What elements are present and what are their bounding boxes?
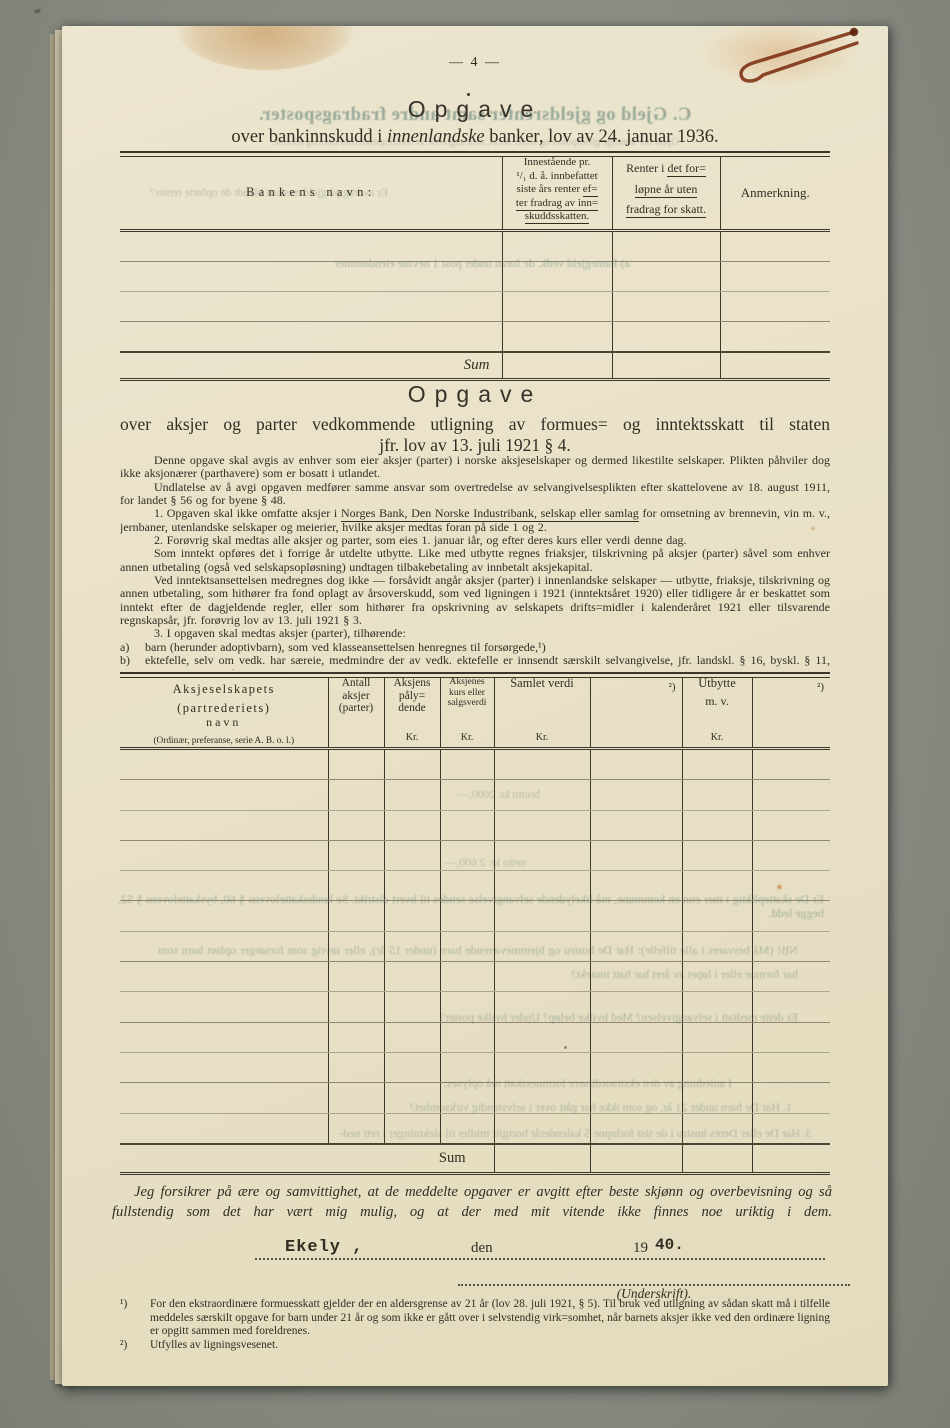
- table-cell: [612, 262, 720, 292]
- table-cell: [720, 322, 830, 353]
- col-total-value: Samlet verdi Kr.: [494, 677, 590, 749]
- table-cell: [502, 231, 612, 262]
- instructions-text: Denne opgave skal avgis av enhver som ei…: [120, 454, 830, 670]
- list-item-text: ektefelle, selv om vedk. har særeie, med…: [145, 653, 830, 670]
- column-header-line: siste års renter ef=: [503, 183, 612, 197]
- col-remarks: Anmerkning.: [720, 156, 830, 231]
- table-cell: [494, 840, 590, 870]
- list-item-a: a)barn (herunder adoptivbarn), som ved k…: [120, 641, 830, 654]
- currency-label: Kr.: [683, 732, 752, 743]
- column-header-line: Aksjenes: [441, 677, 494, 688]
- signature-place-date-line: Ekely , den 19 40.: [255, 1228, 825, 1260]
- table-cell: [120, 931, 328, 961]
- table-cell: [752, 810, 830, 840]
- header-text: siste års renter: [516, 183, 582, 195]
- table-cell: [440, 871, 494, 901]
- col-dividend: Utbytte m. v. Kr.: [682, 677, 752, 749]
- column-header-line: Innestående pr.: [503, 156, 612, 170]
- table-cell: [384, 962, 440, 992]
- paragraph: 1. Opgaven skal ikke omfatte aksjer i No…: [120, 507, 830, 534]
- footnote-marker: ²): [120, 1339, 150, 1353]
- table-header: Bankens navn: Innestående pr. ¹/₁ d. å. …: [120, 156, 830, 231]
- footnote-text: Utfylles av ligningsvesenet.: [150, 1339, 278, 1351]
- column-header-line: påly=: [385, 690, 440, 703]
- sum-label: Sum: [120, 352, 502, 380]
- column-header-line: Samlet verdi: [495, 677, 590, 690]
- footnote-mark: ²): [817, 681, 824, 693]
- table-cell: [120, 1022, 328, 1052]
- table-cell: [328, 1052, 384, 1082]
- table-cell: [384, 810, 440, 840]
- paragraph: 3. I opgaven skal medtas aksjer (parter)…: [120, 627, 830, 640]
- col-official-use-1: ²): [590, 677, 682, 749]
- sum-row: Sum: [120, 1144, 830, 1174]
- table-cell: [752, 1052, 830, 1082]
- table-cell: [752, 1083, 830, 1113]
- table-cell: [328, 931, 384, 961]
- column-header-line: Renter i det for=: [613, 156, 720, 177]
- section2-title: Opgave: [62, 381, 888, 408]
- table-cell: [590, 1113, 682, 1144]
- column-header-line: (parter): [329, 702, 384, 715]
- column-header-line: m. v.: [683, 695, 752, 708]
- table-cell: [384, 1022, 440, 1052]
- list-item-label: b): [120, 654, 145, 667]
- table-cell: [720, 231, 830, 262]
- col-share-count: Antall aksjer (parter): [328, 677, 384, 749]
- table-cell: [440, 1113, 494, 1144]
- col-bank-name: Bankens navn:: [120, 156, 502, 231]
- table-cell: [682, 780, 752, 810]
- column-header-line: ter fradrag av inn=: [503, 197, 612, 211]
- col-balance: Innestående pr. ¹/₁ d. å. innbefattet si…: [502, 156, 612, 231]
- table-cell: [328, 1113, 384, 1144]
- table-cell: [752, 871, 830, 901]
- table-cell: [384, 901, 440, 931]
- column-header-line: Antall: [329, 677, 384, 690]
- paragraph: Undlatelse av å avgi opgaven medfører sa…: [120, 481, 830, 508]
- sum-label: Sum: [120, 1144, 494, 1174]
- table-cell: [120, 780, 328, 810]
- col-company-name: Aksjeselskapets (partrederiets) navn (Or…: [120, 677, 328, 749]
- table-cell: [752, 992, 830, 1022]
- table-cell: [494, 810, 590, 840]
- section1-subtitle: over bankinnskudd i innenlandske banker,…: [62, 127, 888, 148]
- table-cell: [682, 931, 752, 961]
- column-header-line: Aksjeselskapets: [120, 677, 328, 696]
- table-cell: [752, 931, 830, 961]
- table-cell: [440, 780, 494, 810]
- table-row: [120, 840, 830, 870]
- table-cell: [494, 1052, 590, 1082]
- subtitle-text: banker, lov av 24. januar 1936.: [485, 127, 719, 147]
- table-cell: [328, 749, 384, 780]
- table-cell: [502, 262, 612, 292]
- table-cell: [752, 780, 830, 810]
- table-cell: [384, 871, 440, 901]
- sum-row: Sum: [120, 352, 830, 380]
- table-cell: [120, 1083, 328, 1113]
- table-cell: [384, 1052, 440, 1082]
- header-text-underlined: ef=: [583, 183, 598, 197]
- table-row: [120, 292, 830, 322]
- subtitle-emphasis: innenlandske: [387, 127, 485, 147]
- column-header-line: dende: [385, 702, 440, 715]
- column-header-line: Aksjens: [385, 677, 440, 690]
- currency-label: Kr.: [385, 732, 440, 743]
- table-cell: [440, 992, 494, 1022]
- table-row: [120, 901, 830, 931]
- column-header-line: fradrag for skatt.: [613, 197, 720, 218]
- sum-cell: [752, 1144, 830, 1174]
- table-cell: [752, 901, 830, 931]
- column-header-line: skuddsskatten.: [503, 210, 612, 224]
- footnote-text: For den ekstraordinære formuesskatt gjel…: [150, 1298, 830, 1337]
- table-cell: [384, 992, 440, 1022]
- table-cell: [440, 1052, 494, 1082]
- shares-table: Aksjeselskapets (partrederiets) navn (Or…: [120, 677, 830, 1175]
- table-cell: [384, 780, 440, 810]
- table-cell: [328, 901, 384, 931]
- table-cell: [328, 871, 384, 901]
- table-cell: [590, 901, 682, 931]
- sum-cell: [590, 1144, 682, 1174]
- col-nominal-value: Aksjens påly= dende Kr.: [384, 677, 440, 749]
- table-cell: [720, 292, 830, 322]
- sum-cell: [682, 1144, 752, 1174]
- table-cell: [494, 1022, 590, 1052]
- table-cell: [440, 840, 494, 870]
- table-cell: [612, 322, 720, 353]
- column-header-label: Anmerkning.: [721, 185, 831, 201]
- table-row: [120, 871, 830, 901]
- table-footer: Sum: [120, 352, 830, 380]
- footnote-marker: ¹): [120, 1298, 150, 1312]
- table-cell: [612, 292, 720, 322]
- column-header-line: (Ordinær, preferanse, serie A. B. o. l.): [120, 736, 328, 747]
- table-row: [120, 962, 830, 992]
- table-cell: [120, 992, 328, 1022]
- table-body: [120, 231, 830, 353]
- table-cell: [120, 1113, 328, 1144]
- paragraph: Ved inntektsansettelsen medregnes dog ik…: [120, 574, 830, 627]
- table-cell: [494, 749, 590, 780]
- table-cell: [120, 292, 502, 322]
- table-cell: [384, 840, 440, 870]
- table-cell: [440, 962, 494, 992]
- table-cell: [682, 749, 752, 780]
- table-cell: [494, 1083, 590, 1113]
- footnotes: ¹)For den ekstraordinære formuesskatt gj…: [120, 1298, 830, 1352]
- table-cell: [440, 810, 494, 840]
- list-item-text: barn (herunder adoptivbarn), som ved kla…: [145, 640, 546, 654]
- scan-background: C. Gjeld og gjeldsrenter samt andre frad…: [0, 0, 950, 1428]
- currency-label: Kr.: [495, 732, 590, 743]
- table-cell: [752, 749, 830, 780]
- table-cell: [682, 871, 752, 901]
- table-row: [120, 1083, 830, 1113]
- column-header-line: aksjer: [329, 690, 384, 703]
- list-item-label: a): [120, 641, 145, 654]
- table-row: [120, 1022, 830, 1052]
- table-cell: [590, 810, 682, 840]
- header-text-underlined: det for=: [667, 161, 705, 177]
- table-cell: [590, 962, 682, 992]
- background-speck: [34, 8, 42, 14]
- table-cell: [120, 749, 328, 780]
- table-cell: [328, 992, 384, 1022]
- footnote-2: ²)Utfylles av ligningsvesenet.: [120, 1339, 830, 1353]
- subtitle-text: over bankinnskudd i: [231, 127, 387, 147]
- currency-label: Kr.: [441, 732, 494, 743]
- table-row: [120, 749, 830, 780]
- header-text: Renter i: [626, 161, 667, 175]
- column-header-line: salgsverdi: [441, 698, 494, 709]
- table-cell: [752, 840, 830, 870]
- table-cell: [682, 1113, 752, 1144]
- table-cell: [494, 1113, 590, 1144]
- table-cell: [440, 931, 494, 961]
- header-row: Aksjeselskapets (partrederiets) navn (Or…: [120, 677, 830, 749]
- header-text-underlined: skuddsskatten.: [525, 210, 589, 224]
- table-row: [120, 931, 830, 961]
- table-cell: [590, 1083, 682, 1113]
- table-cell: [384, 1083, 440, 1113]
- table-cell: [682, 840, 752, 870]
- table-cell: [590, 992, 682, 1022]
- page-number: — 4 —: [62, 55, 888, 71]
- column-header-line: ¹/₁ d. å. innbefattet: [503, 170, 612, 184]
- table-cell: [328, 1022, 384, 1052]
- table-cell: [752, 1022, 830, 1052]
- table-cell: [590, 840, 682, 870]
- paragraph: Denne opgave skal avgis av enhver som ei…: [120, 454, 830, 481]
- table-cell: [120, 1052, 328, 1082]
- table-cell: [494, 901, 590, 931]
- sum-cell: [720, 352, 830, 380]
- header-text-underlined: løpne år uten: [635, 182, 698, 198]
- table-cell: [494, 931, 590, 961]
- table-cell: [682, 962, 752, 992]
- signature-line: [458, 1258, 850, 1286]
- den-label: den: [471, 1240, 493, 1257]
- paragraph: 2. Forøvrig skal medtas alle aksjer og p…: [120, 534, 830, 547]
- table-cell: [120, 840, 328, 870]
- table-cell: [328, 840, 384, 870]
- place-typed-value: Ekely ,: [285, 1238, 363, 1257]
- table-cell: [384, 749, 440, 780]
- table-footer: Sum: [120, 1144, 830, 1174]
- table-cell: [120, 810, 328, 840]
- table-cell: [590, 931, 682, 961]
- table-cell: [440, 901, 494, 931]
- table-cell: [752, 962, 830, 992]
- col-interest: Renter i det for= løpne år uten fradrag …: [612, 156, 720, 231]
- footnote-mark: ²): [669, 681, 676, 693]
- table-cell: [494, 962, 590, 992]
- table-row: [120, 1052, 830, 1082]
- table-cell: [120, 871, 328, 901]
- year-typed-value: 40.: [655, 1236, 684, 1254]
- paragraph-text: 1. Opgaven skal ikke omfatte aksjer i: [154, 506, 341, 520]
- table-cell: [682, 1083, 752, 1113]
- bank-deposits-table: Bankens navn: Innestående pr. ¹/₁ d. å. …: [120, 156, 830, 381]
- list-item-b: b)ektefelle, selv om vedk. har særeie, m…: [120, 654, 830, 670]
- table-cell: [494, 780, 590, 810]
- table-cell: [494, 992, 590, 1022]
- column-header-line: navn: [120, 715, 328, 729]
- column-header-label: Bankens navn:: [120, 185, 502, 200]
- table-cell: [120, 262, 502, 292]
- sum-cell: [494, 1144, 590, 1174]
- footnote-1: ¹)For den ekstraordinære formuesskatt gj…: [120, 1298, 830, 1339]
- table-cell: [590, 749, 682, 780]
- header-text-underlined: fradrag for skatt.: [626, 202, 706, 218]
- table-cell: [328, 1083, 384, 1113]
- table-header: Aksjeselskapets (partrederiets) navn (Or…: [120, 677, 830, 749]
- table-row: [120, 992, 830, 1022]
- col-official-use-2: ²): [752, 677, 830, 749]
- table-cell: [120, 322, 502, 353]
- table-cell: [682, 1052, 752, 1082]
- table-row: [120, 262, 830, 292]
- year-printed-prefix: 19: [633, 1240, 648, 1257]
- table-cell: [120, 231, 502, 262]
- section2-subtitle-line2: jfr. lov av 13. juli 1921 § 4.: [62, 435, 888, 456]
- table-cell: [682, 810, 752, 840]
- table-cell: [590, 780, 682, 810]
- col-market-value: Aksjenes kurs eller salgsverdi Kr.: [440, 677, 494, 749]
- table-row: [120, 1113, 830, 1144]
- table-cell: [590, 871, 682, 901]
- table-cell: [612, 231, 720, 262]
- column-header-line: løpne år uten: [613, 177, 720, 198]
- header-row: Bankens navn: Innestående pr. ¹/₁ d. å. …: [120, 156, 830, 231]
- sum-cell: [502, 352, 612, 380]
- table-cell: [720, 262, 830, 292]
- table-cell: [384, 931, 440, 961]
- section1-title: Opgave: [62, 96, 888, 123]
- table-row: [120, 322, 830, 353]
- table-cell: [682, 901, 752, 931]
- declaration-text: Jeg forsikrer på ære og samvittighet, at…: [112, 1183, 832, 1223]
- table-cell: [328, 780, 384, 810]
- column-header-line: (partrederiets): [120, 696, 328, 715]
- document-page: C. Gjeld og gjeldsrenter samt andre frad…: [62, 26, 888, 1386]
- table-row: [120, 231, 830, 262]
- table-cell: [440, 749, 494, 780]
- table-cell: [120, 901, 328, 931]
- table-row: [120, 780, 830, 810]
- table-cell: [752, 1113, 830, 1144]
- header-text-underlined: ter fradrag av inn=: [516, 197, 598, 211]
- column-header-line: Utbytte: [683, 677, 752, 690]
- table-body: [120, 749, 830, 1144]
- table-cell: [328, 810, 384, 840]
- table-cell: [502, 322, 612, 353]
- table-cell: [590, 1052, 682, 1082]
- table-cell: [494, 871, 590, 901]
- table-row: [120, 810, 830, 840]
- table-cell: [328, 962, 384, 992]
- sum-cell: [612, 352, 720, 380]
- table-cell: [682, 1022, 752, 1052]
- paragraph: Som inntekt opføres det i forrige år utd…: [120, 547, 830, 574]
- table-cell: [440, 1083, 494, 1113]
- section2-subtitle-line1: over aksjer og parter vedkommende utlign…: [120, 414, 830, 435]
- table-cell: [120, 962, 328, 992]
- table-cell: [682, 992, 752, 1022]
- table-cell: [590, 1022, 682, 1052]
- table-cell: [440, 1022, 494, 1052]
- table-cell: [502, 292, 612, 322]
- table-cell: [384, 1113, 440, 1144]
